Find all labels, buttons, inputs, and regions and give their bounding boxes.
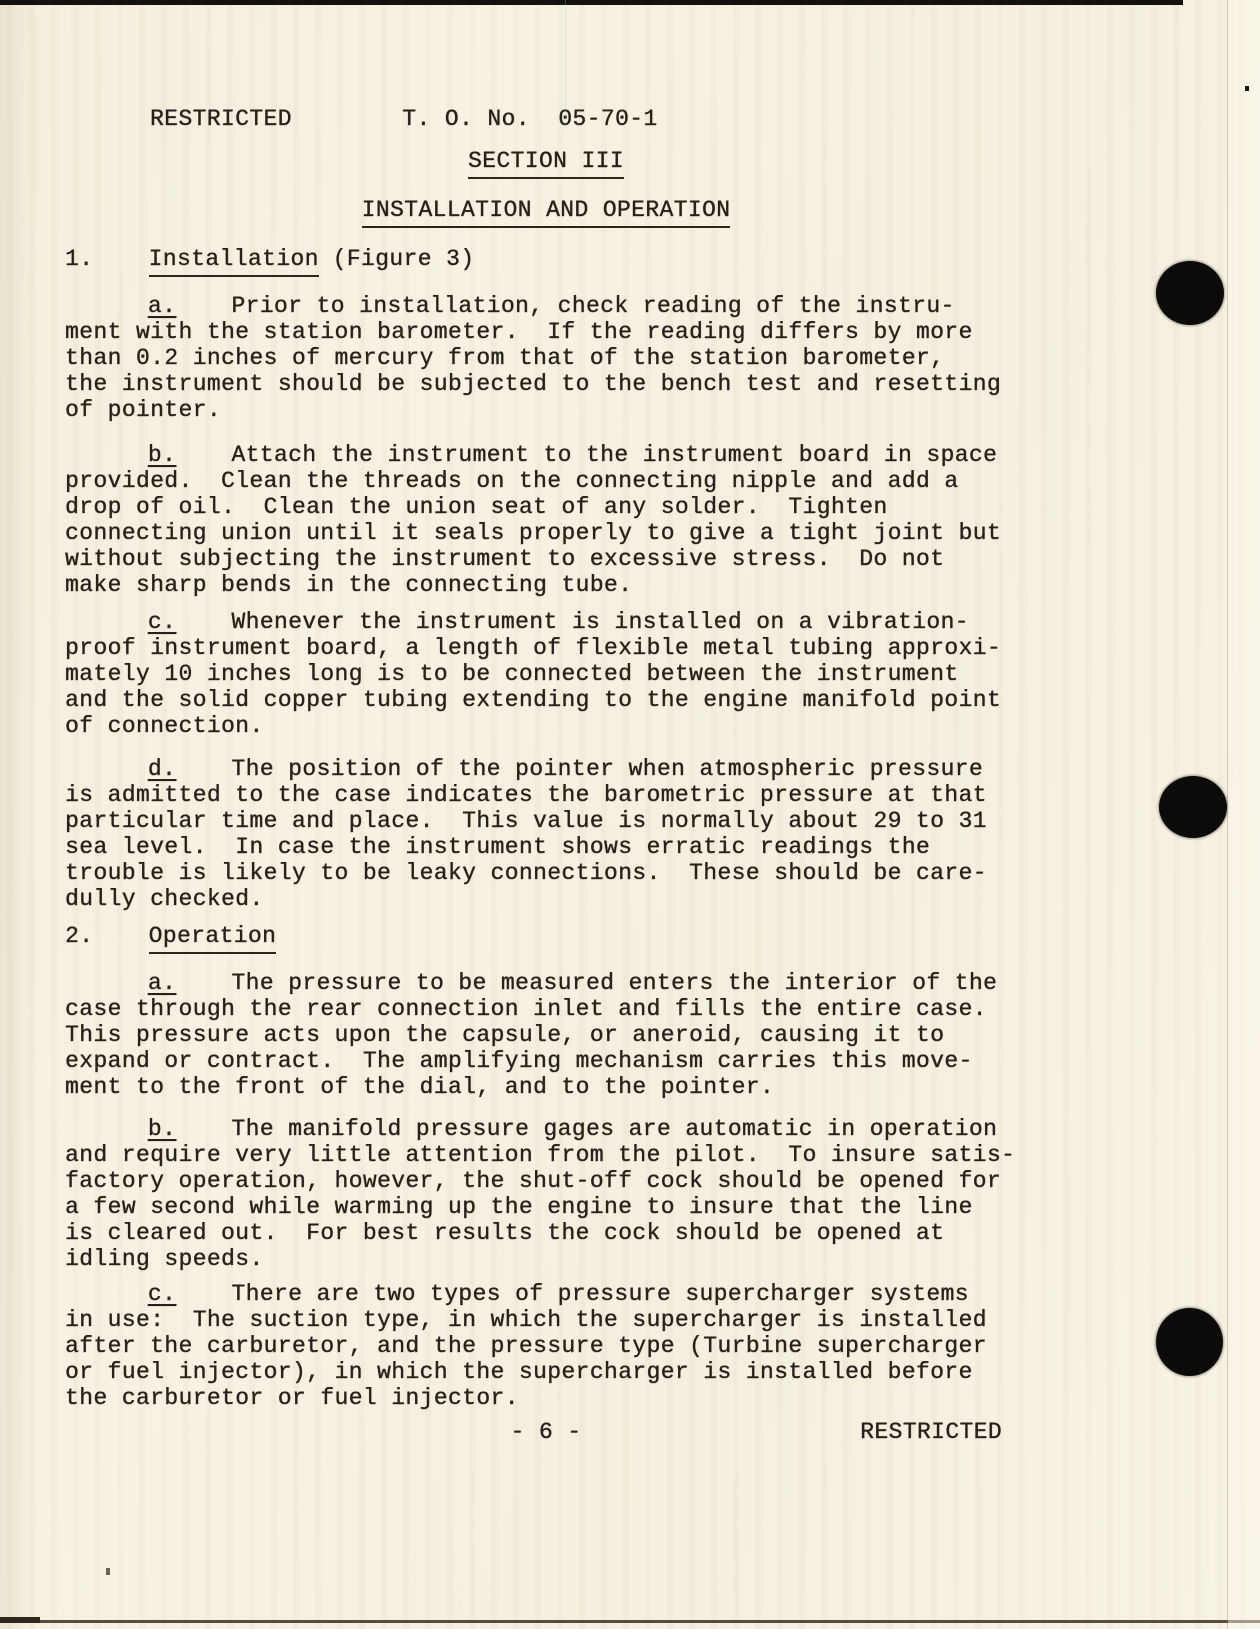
header-classification: RESTRICTED [150, 106, 292, 132]
footer-classification: RESTRICTED [860, 1419, 1002, 1445]
punch-hole [1156, 1308, 1223, 1376]
paragraph-label: d. [148, 756, 176, 782]
paragraph-2b: b.The manifold pressure gages are automa… [65, 1116, 1027, 1272]
paragraph-label: b. [148, 442, 176, 468]
paragraph-1d: d.The position of the pointer when atmos… [65, 756, 1027, 912]
paragraph-label: b. [148, 1116, 176, 1142]
paragraph-text: There are two types of pressure supercha… [65, 1281, 987, 1411]
page-content: RESTRICTEDT. O. No. 05-70-1 SECTION III … [65, 0, 1027, 1445]
paragraph-text: Prior to installation, check reading of … [65, 293, 1001, 423]
paragraph-text: Whenever the instrument is installed on … [65, 609, 1001, 739]
scanned-document-page: { "colors": { "paper": "#f5f0de", "ink":… [0, 0, 1260, 1629]
heading-operation: 2.Operation [65, 923, 1027, 954]
paragraph-text: The manifold pressure gages are automati… [65, 1116, 1015, 1272]
paragraph-label: c. [148, 609, 176, 635]
paragraph-text: Attach the instrument to the instrument … [65, 442, 1001, 598]
heading-title: Installation [149, 246, 319, 277]
page-header: RESTRICTEDT. O. No. 05-70-1 [65, 106, 1027, 132]
paragraph-label: a. [148, 970, 176, 996]
paragraph-label: c. [148, 1281, 176, 1307]
paragraph-text: The position of the pointer when atmosph… [65, 756, 987, 912]
scan-edge-bottom [0, 1620, 1260, 1623]
heading-number: 1. [65, 246, 93, 272]
section-subheading: INSTALLATION AND OPERATION [362, 197, 731, 228]
ink-speck [106, 1568, 110, 1575]
paragraph-2c: c.There are two types of pressure superc… [65, 1281, 1027, 1411]
heading-title: Operation [149, 923, 277, 954]
paragraph-2a: a.The pressure to be measured enters the… [65, 970, 1027, 1100]
paragraph-label: a. [148, 293, 176, 319]
punch-hole [1159, 776, 1227, 838]
paragraph-1c: c.Whenever the instrument is installed o… [65, 609, 1027, 739]
page-number: - 6 - [511, 1419, 582, 1445]
section-subheading-line: INSTALLATION AND OPERATION [65, 197, 1027, 228]
heading-suffix: (Figure 3) [333, 246, 475, 272]
ink-speck [1245, 86, 1249, 91]
scan-edge-bottom-corner [0, 1617, 40, 1623]
page-edge-strip [1228, 0, 1260, 1629]
heading-number: 2. [65, 923, 93, 949]
heading-installation: 1.Installation(Figure 3) [65, 246, 1027, 277]
section-heading: SECTION III [468, 148, 624, 179]
punch-hole [1156, 261, 1224, 325]
paragraph-1b: b.Attach the instrument to the instrumen… [65, 442, 1027, 598]
paragraph-text: The pressure to be measured enters the i… [65, 970, 997, 1100]
header-doc-number: T. O. No. 05-70-1 [402, 106, 657, 132]
paragraph-1a: a.Prior to installation, check reading o… [65, 293, 1027, 423]
scan-edge-top [0, 0, 1183, 5]
page-footer: - 6 -RESTRICTED [65, 1419, 1027, 1445]
scanner-streak [565, 0, 566, 130]
section-heading-line: SECTION III [65, 148, 1027, 179]
